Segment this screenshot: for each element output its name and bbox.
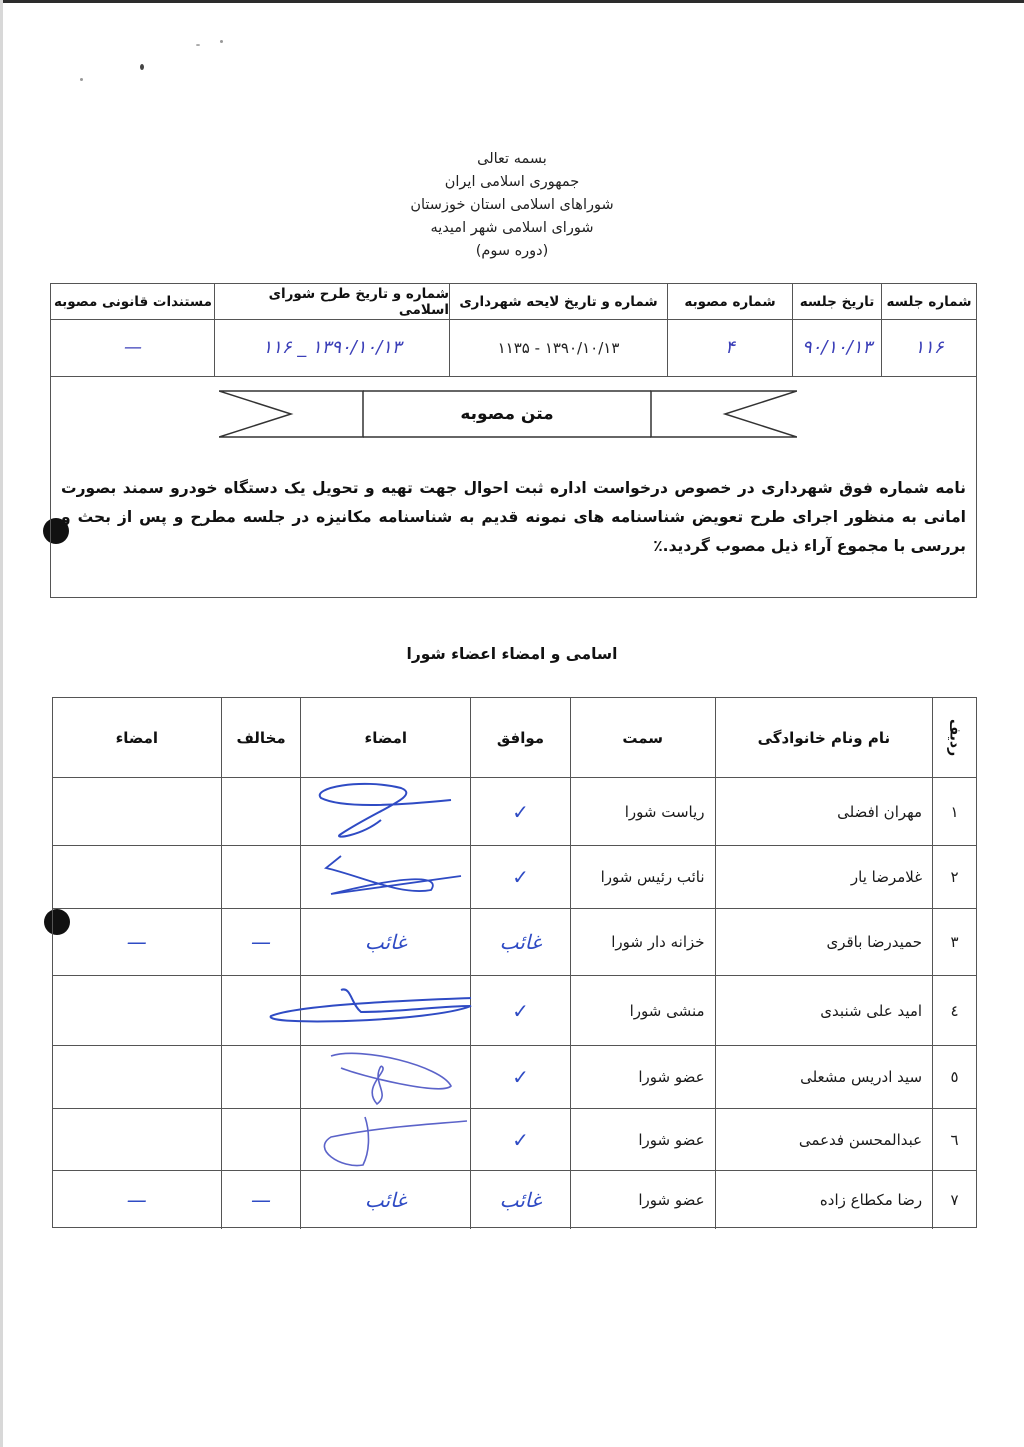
- signature-oppose: [53, 1109, 221, 1170]
- member-row: ٥ سید ادریس مشعلی عضو شورا ✓: [53, 1046, 976, 1109]
- signature-scribble-icon: [301, 846, 471, 909]
- member-row: ۱ مهران افضلی ریاست شورا ✓: [53, 778, 976, 846]
- signature-scribble-icon: [301, 1046, 471, 1109]
- member-name: مهران افضلی: [715, 778, 933, 845]
- member-name: رضا مکطاع زاده: [715, 1171, 933, 1229]
- member-row: ۲ غلامرضا یار نائب رئیس شورا ✓: [53, 846, 976, 909]
- value-session-no: ۱۱۶: [881, 319, 976, 376]
- signature-oppose: [53, 778, 221, 845]
- oppose-dash: —: [221, 909, 301, 975]
- member-row: ۷ رضا مکطاع زاده عضو شورا غائب غائب — —: [53, 1171, 976, 1229]
- signature-agree: [300, 846, 470, 908]
- signature-oppose: [53, 1046, 221, 1108]
- resolution-text: نامه شماره فوق شهرداری در خصوص درخواست ا…: [61, 474, 966, 561]
- heading-line: شورای اسلامی شهر امیدیه: [300, 217, 724, 240]
- agree-absent-note: غائب: [470, 909, 570, 975]
- heading-line: (دوره سوم): [300, 240, 724, 263]
- member-name: غلامرضا یار: [715, 846, 933, 908]
- scan-edge-left: [0, 0, 3, 1447]
- header-agree: موافق: [470, 698, 570, 777]
- signature-agree: [300, 1109, 470, 1170]
- member-role: عضو شورا: [570, 1109, 715, 1170]
- header-role: سمت: [570, 698, 715, 777]
- agree-checkmark: ✓: [470, 1109, 570, 1170]
- agree-checkmark: ✓: [470, 1046, 570, 1108]
- oppose-cell: [221, 846, 301, 908]
- signature-oppose: [53, 976, 221, 1045]
- member-role: ریاست شورا: [570, 778, 715, 845]
- agree-checkmark: ✓: [470, 976, 570, 1045]
- agree-checkmark: ✓: [470, 778, 570, 845]
- agree-absent-note: غائب: [470, 1171, 570, 1229]
- member-name: امید علی شنبدی: [715, 976, 933, 1045]
- scan-speck: [220, 40, 223, 43]
- member-name: سید ادریس مشعلی: [715, 1046, 933, 1108]
- row-number: ٤: [932, 976, 976, 1045]
- signature-oppose-dash: —: [53, 909, 221, 975]
- meta-header-row: شماره جلسه تاریخ جلسه شماره مصوبه شماره …: [51, 284, 976, 320]
- members-section-title: اسامی و امضاء اعضاء شورا: [300, 645, 724, 663]
- header-signature-agree: امضاء: [300, 698, 470, 777]
- council-members-table: ردیف نام ونام خانوادگی سمت موافق امضاء م…: [52, 697, 977, 1228]
- signature-scribble-icon: [301, 976, 471, 1046]
- oppose-cell: [221, 1046, 301, 1108]
- signature-oppose-dash: —: [53, 1171, 221, 1229]
- row-number: ٦: [932, 1109, 976, 1170]
- row-number: ۱: [932, 778, 976, 845]
- signature-agree: [300, 778, 470, 845]
- oppose-cell: [221, 1109, 301, 1170]
- member-row: ٦ عبدالمحسن فدعمی عضو شورا ✓: [53, 1109, 976, 1171]
- signature-scribble-icon: [301, 1109, 471, 1171]
- banner-title: متن مصوبه: [363, 389, 651, 439]
- agree-checkmark: ✓: [470, 846, 570, 908]
- resolution-banner: متن مصوبه: [219, 389, 797, 439]
- resolution-meta-table: شماره جلسه تاریخ جلسه شماره مصوبه شماره …: [50, 283, 977, 598]
- row-number: ٥: [932, 1046, 976, 1108]
- oppose-cell: [221, 778, 301, 845]
- member-row: ۳ حمیدرضا باقری خزانه دار شورا غائب غائب…: [53, 909, 976, 976]
- header-session-date: تاریخ جلسه: [792, 284, 881, 319]
- header-council-plan: شماره و تاریخ طرح شورای اسلامی: [214, 284, 449, 319]
- member-role: عضو شورا: [570, 1046, 715, 1108]
- signature-agree: [300, 1046, 470, 1108]
- scan-speck: [196, 44, 200, 46]
- members-header-row: ردیف نام ونام خانوادگی سمت موافق امضاء م…: [53, 698, 976, 778]
- header-municipal-bill: شماره و تاریخ لایحه شهرداری: [449, 284, 667, 319]
- value-council-plan: ۱۳۹۰/۱۰/۱۳ _ ۱۱۶: [214, 319, 449, 376]
- signature-agree-absent-note: غائب: [300, 909, 470, 975]
- value-resolution-no: ۴: [667, 319, 792, 376]
- row-number: ۳: [932, 909, 976, 975]
- member-row: ٤ امید علی شنبدی منشی شورا ✓: [53, 976, 976, 1046]
- signature-oppose: [53, 846, 221, 908]
- member-name: عبدالمحسن فدعمی: [715, 1109, 933, 1170]
- header-resolution-no: شماره مصوبه: [667, 284, 792, 319]
- header-oppose: مخالف: [221, 698, 301, 777]
- scan-edge-top: [0, 0, 1024, 3]
- value-legal-docs: —: [52, 319, 214, 376]
- signature-agree: [300, 976, 470, 1045]
- row-number: ۲: [932, 846, 976, 908]
- header-name: نام ونام خانوادگی: [715, 698, 933, 777]
- member-role: منشی شورا: [570, 976, 715, 1045]
- row-number: ۷: [932, 1171, 976, 1229]
- scan-speck: [80, 78, 83, 81]
- heading-line: جمهوری اسلامی ایران: [300, 171, 724, 194]
- meta-value-row: ۱۱۶ ۹۰/۱۰/۱۳ ۴ ۱۳۹۰/۱۰/۱۳ - ۱۱۳۵ ۱۳۹۰/۱۰…: [51, 319, 976, 377]
- oppose-cell: [221, 976, 301, 1045]
- header-row-number: ردیف: [932, 698, 976, 777]
- header-legal-docs: مستندات قانونی مصوبه: [52, 284, 214, 319]
- member-role: خزانه دار شورا: [570, 909, 715, 975]
- member-name: حمیدرضا باقری: [715, 909, 933, 975]
- document-heading: بسمه تعالی جمهوری اسلامی ایران شوراهای ا…: [300, 148, 724, 263]
- scan-speck: [140, 64, 144, 70]
- value-session-date: ۹۰/۱۰/۱۳: [792, 319, 881, 376]
- value-municipal-bill: ۱۳۹۰/۱۰/۱۳ - ۱۱۳۵: [449, 319, 667, 376]
- header-signature-oppose: امضاء: [53, 698, 221, 777]
- signature-agree-absent-note: غائب: [300, 1171, 470, 1229]
- member-role: عضو شورا: [570, 1171, 715, 1229]
- heading-line: شوراهای اسلامی استان خوزستان: [300, 194, 724, 217]
- signature-scribble-icon: [301, 778, 471, 846]
- header-session-no: شماره جلسه: [881, 284, 976, 319]
- member-role: نائب رئیس شورا: [570, 846, 715, 908]
- oppose-dash: —: [221, 1171, 301, 1229]
- heading-line: بسمه تعالی: [300, 148, 724, 171]
